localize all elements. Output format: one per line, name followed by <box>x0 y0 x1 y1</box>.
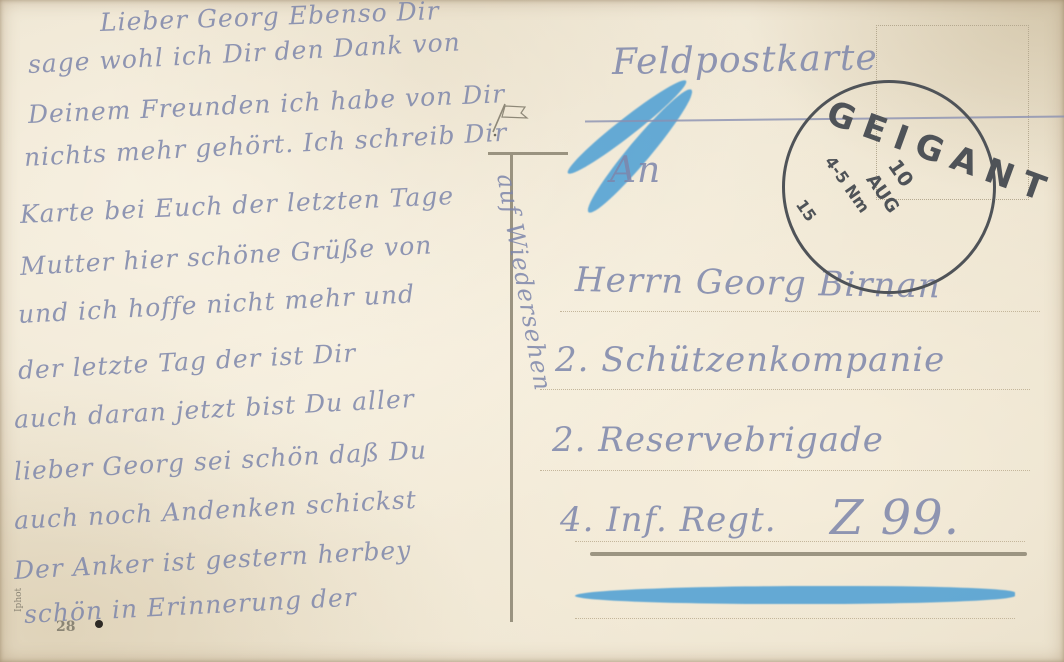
address-underline <box>590 552 1027 556</box>
service-note: Feldpostkarte <box>612 37 878 83</box>
address-prefix: An <box>610 150 661 191</box>
message-line: auch daran jetzt bist Du aller <box>13 384 415 434</box>
card-number: 28 <box>56 619 75 635</box>
address-guide-line <box>540 470 1030 471</box>
margin-note: auf Wiedersehen <box>491 172 557 394</box>
message-line: auch noch Andenken schickst <box>13 485 417 535</box>
message-line: und ich hoffe nicht mehr und <box>17 279 415 329</box>
message-line: lieber Georg sei schön daß Du <box>13 435 427 486</box>
address-line-unit-number: Z 99. <box>830 490 960 546</box>
address-guide-line <box>560 311 1040 312</box>
address-line-regiment: 4. Inf. Regt. <box>560 500 777 540</box>
address-line-company: 2. Schützenkompanie <box>555 340 945 380</box>
message-line: Mutter hier schöne Grüße von <box>19 230 433 281</box>
divider-horizontal <box>488 152 568 155</box>
punch-dot <box>95 620 103 628</box>
message-line: sage wohl ich Dir den Dank von <box>27 27 461 79</box>
address-line-brigade: 2. Reservebrigade <box>552 420 884 460</box>
blue-crayon-underline <box>575 586 1015 604</box>
message-line: Der Anker ist gestern herbey <box>13 535 412 585</box>
address-guide-line <box>540 389 1030 390</box>
postmark: GEIGANT 10 AUG 15 4-5 Nm <box>782 80 996 294</box>
publisher-mark: Iphot <box>14 588 24 612</box>
message-line: Karte bei Euch der letzten Tage <box>19 181 454 229</box>
postcard: Lieber Georg Ebenso Dir sage wohl ich Di… <box>0 0 1064 662</box>
address-guide-line <box>575 618 1015 619</box>
postmark-year: 15 <box>792 196 820 225</box>
message-line: der letzte Tag der ist Dir <box>17 338 357 385</box>
